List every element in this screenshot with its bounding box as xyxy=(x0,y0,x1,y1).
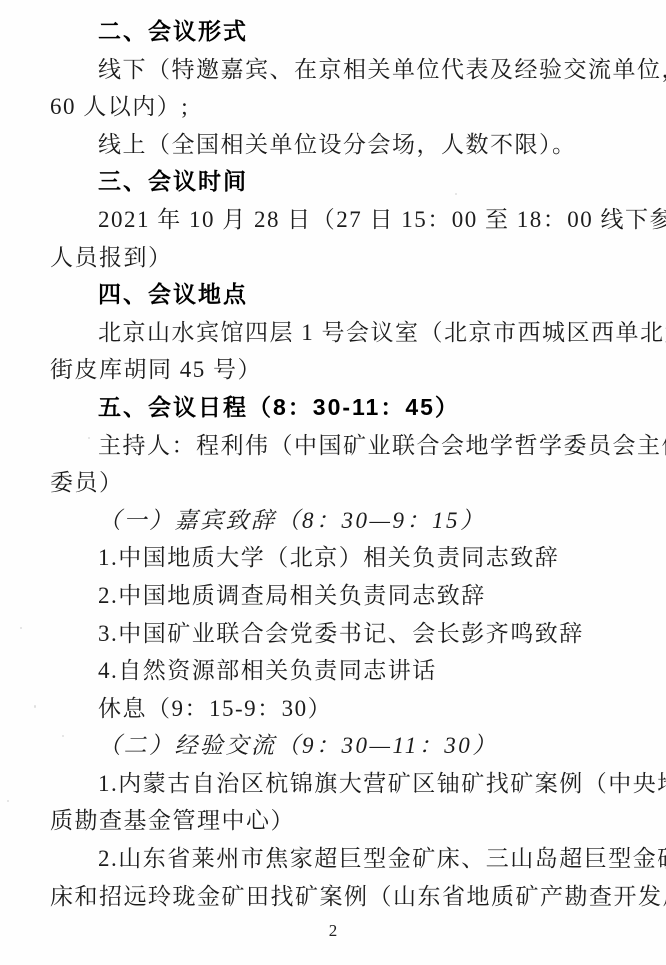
case-item-1: 1.内蒙古自治区杭锦旗大营矿区铀矿找矿案例（中央地 xyxy=(50,765,632,803)
paragraph-meeting-date: 2021 年 10 月 28 日（27 日 15：00 至 18：00 线下参会 xyxy=(50,201,632,239)
paragraph-venue-address: 北京山水宾馆四层 1 号会议室（北京市西城区西单北大 xyxy=(50,314,632,352)
section-heading-meeting-agenda: 五、会议日程（8：30-11：45） xyxy=(50,389,632,427)
paragraph-online-attendees: 线上（全国相关单位设分会场，人数不限）。 xyxy=(50,126,632,164)
page-number: 2 xyxy=(0,912,666,949)
scan-speckle xyxy=(455,193,457,195)
paragraph-meeting-date-cont: 人员报到） xyxy=(50,239,632,277)
case-item-2-cont: 床和招远玲珑金矿田找矿案例（山东省地质矿产勘查开发局） xyxy=(50,878,632,916)
agenda-item-3: 3.中国矿业联合会党委书记、会长彭齐鸣致辞 xyxy=(50,615,632,653)
subsection-guest-speeches: （一）嘉宾致辞（8：30—9：15） xyxy=(50,502,632,540)
agenda-item-1: 1.中国地质大学（北京）相关负责同志致辞 xyxy=(50,539,632,577)
agenda-item-4: 4.自然资源部相关负责同志讲话 xyxy=(50,652,632,690)
section-heading-meeting-format: 二、会议形式 xyxy=(50,13,632,51)
case-item-2: 2.山东省莱州市焦家超巨型金矿床、三山岛超巨型金矿 xyxy=(50,840,632,878)
agenda-break: 休息（9：15-9：30） xyxy=(50,690,632,728)
subsection-experience-exchange: （二）经验交流（9：30—11：30） xyxy=(50,727,632,765)
paragraph-host: 主持人：程利伟（中国矿业联合会地学哲学委员会主任 xyxy=(50,427,632,465)
section-heading-meeting-time: 三、会议时间 xyxy=(50,163,632,201)
paragraph-host-cont: 委员） xyxy=(50,464,632,502)
scan-speckle xyxy=(62,735,64,737)
scanned-document-page: 二、会议形式 线下（特邀嘉宾、在京相关单位代表及经验交流单位， 60 人以内）;… xyxy=(0,0,666,965)
case-item-1-cont: 质勘查基金管理中心） xyxy=(50,802,632,840)
scan-speckle xyxy=(7,800,9,802)
agenda-item-2: 2.中国地质调查局相关负责同志致辞 xyxy=(50,577,632,615)
paragraph-offline-attendees-cont: 60 人以内）; xyxy=(50,88,632,126)
paragraph-venue-address-cont: 街皮库胡同 45 号） xyxy=(50,351,632,389)
scan-speckle xyxy=(34,705,36,708)
section-heading-meeting-venue: 四、会议地点 xyxy=(50,276,632,314)
scan-speckle xyxy=(20,627,22,629)
paragraph-offline-attendees: 线下（特邀嘉宾、在京相关单位代表及经验交流单位， xyxy=(50,51,632,89)
scan-speckle xyxy=(88,437,90,439)
